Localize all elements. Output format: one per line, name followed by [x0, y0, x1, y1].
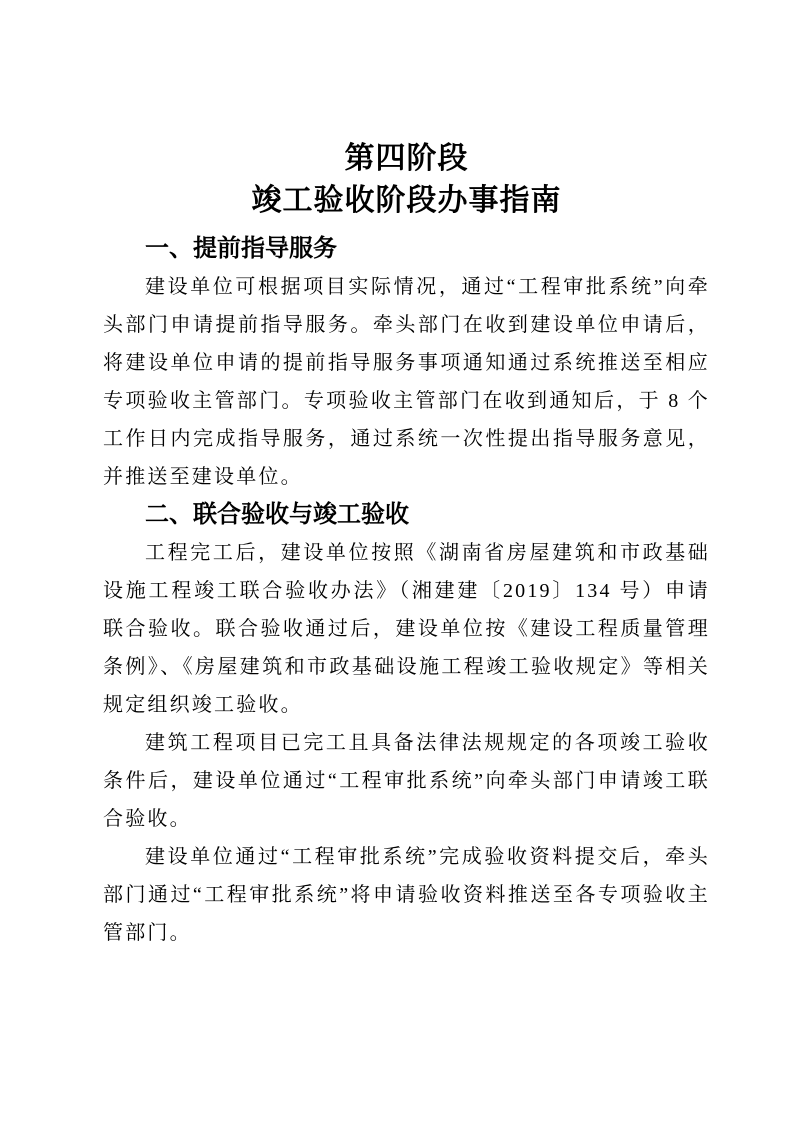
doc-title-line-2: 竣工验收阶段办事指南 [103, 180, 710, 222]
doc-title-line-1: 第四阶段 [103, 0, 710, 180]
section-heading-joint-acceptance: 二、联合验收与竣工验收 [103, 496, 710, 534]
paragraph-joint-acceptance-2: 建筑工程项目已完工且具备法律法规规定的各项竣工验收条件后，建设单位通过“工程审批… [103, 724, 710, 838]
paragraph-joint-acceptance-3: 建设单位通过“工程审批系统”完成验收资料提交后，牵头部门通过“工程审批系统”将申… [103, 838, 710, 952]
section-heading-advance-guidance: 一、提前指导服务 [103, 230, 710, 268]
paragraph-joint-acceptance-1: 工程完工后，建设单位按照《湖南省房屋建筑和市政基础设施工程竣工联合验收办法》（湘… [103, 534, 710, 724]
document-page: 第四阶段 竣工验收阶段办事指南 一、提前指导服务 建设单位可根据项目实际情况，通… [0, 0, 793, 1122]
paragraph-advance-guidance: 建设单位可根据项目实际情况，通过“工程审批系统”向牵头部门申请提前指导服务。牵头… [103, 268, 710, 496]
